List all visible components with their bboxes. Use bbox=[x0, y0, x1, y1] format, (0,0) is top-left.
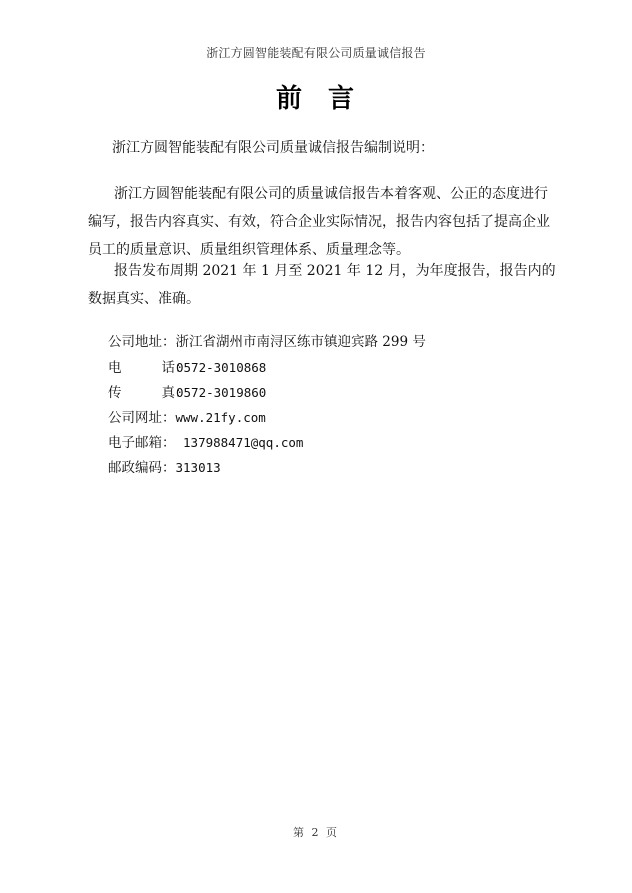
contact-website-row: 公司网址：www.21fy.com bbox=[108, 405, 426, 430]
page-title: 前言 bbox=[0, 78, 632, 115]
paragraph-2-text: 报告发布周期 2021 年 1 月至 2021 年 12 月，为年度报告，报告内… bbox=[88, 263, 556, 307]
email-label: 电子邮箱： bbox=[108, 431, 176, 456]
title-char-1: 前 bbox=[276, 84, 304, 114]
paragraph-1-text: 浙江方圆智能装配有限公司的质量诚信报告本着客观、公正的态度进行编写，报告内容真实… bbox=[88, 186, 550, 258]
postcode-value: 313013 bbox=[176, 460, 221, 475]
contact-phone-row: 电话：0572-3010868 bbox=[108, 355, 426, 380]
running-header: 浙江方圆智能装配有限公司质量诚信报告 bbox=[0, 44, 632, 61]
contact-fax-row: 传真：0572-3019860 bbox=[108, 380, 426, 405]
fax-label-a: 传 bbox=[108, 381, 122, 406]
title-char-2: 言 bbox=[328, 84, 356, 114]
address-label: 公司地址： bbox=[108, 330, 176, 355]
fax-value: 0572-3019860 bbox=[176, 385, 266, 400]
page-number: 第 2 页 bbox=[0, 824, 632, 840]
intro-line: 浙江方圆智能装配有限公司质量诚信报告编制说明： bbox=[112, 134, 434, 162]
email-value[interactable]: 137988471@qq.com bbox=[176, 435, 304, 450]
contact-address-row: 公司地址：浙江省湖州市南浔区练市镇迎宾路 299 号 bbox=[108, 330, 426, 355]
phone-value: 0572-3010868 bbox=[176, 360, 266, 375]
address-value: 浙江省湖州市南浔区练市镇迎宾路 299 号 bbox=[176, 334, 426, 350]
paragraph-1: 浙江方圆智能装配有限公司的质量诚信报告本着客观、公正的态度进行编写，报告内容真实… bbox=[88, 180, 558, 264]
paragraph-2: 报告发布周期 2021 年 1 月至 2021 年 12 月，为年度报告，报告内… bbox=[88, 257, 558, 313]
postcode-label: 邮政编码： bbox=[108, 456, 176, 481]
phone-label-a: 电 bbox=[108, 356, 122, 381]
contact-email-row: 电子邮箱： 137988471@qq.com bbox=[108, 430, 426, 455]
contact-postcode-row: 邮政编码：313013 bbox=[108, 455, 426, 480]
contact-block: 公司地址：浙江省湖州市南浔区练市镇迎宾路 299 号 电话：0572-30108… bbox=[108, 330, 426, 480]
website-value[interactable]: www.21fy.com bbox=[176, 410, 266, 425]
website-label: 公司网址： bbox=[108, 406, 176, 431]
